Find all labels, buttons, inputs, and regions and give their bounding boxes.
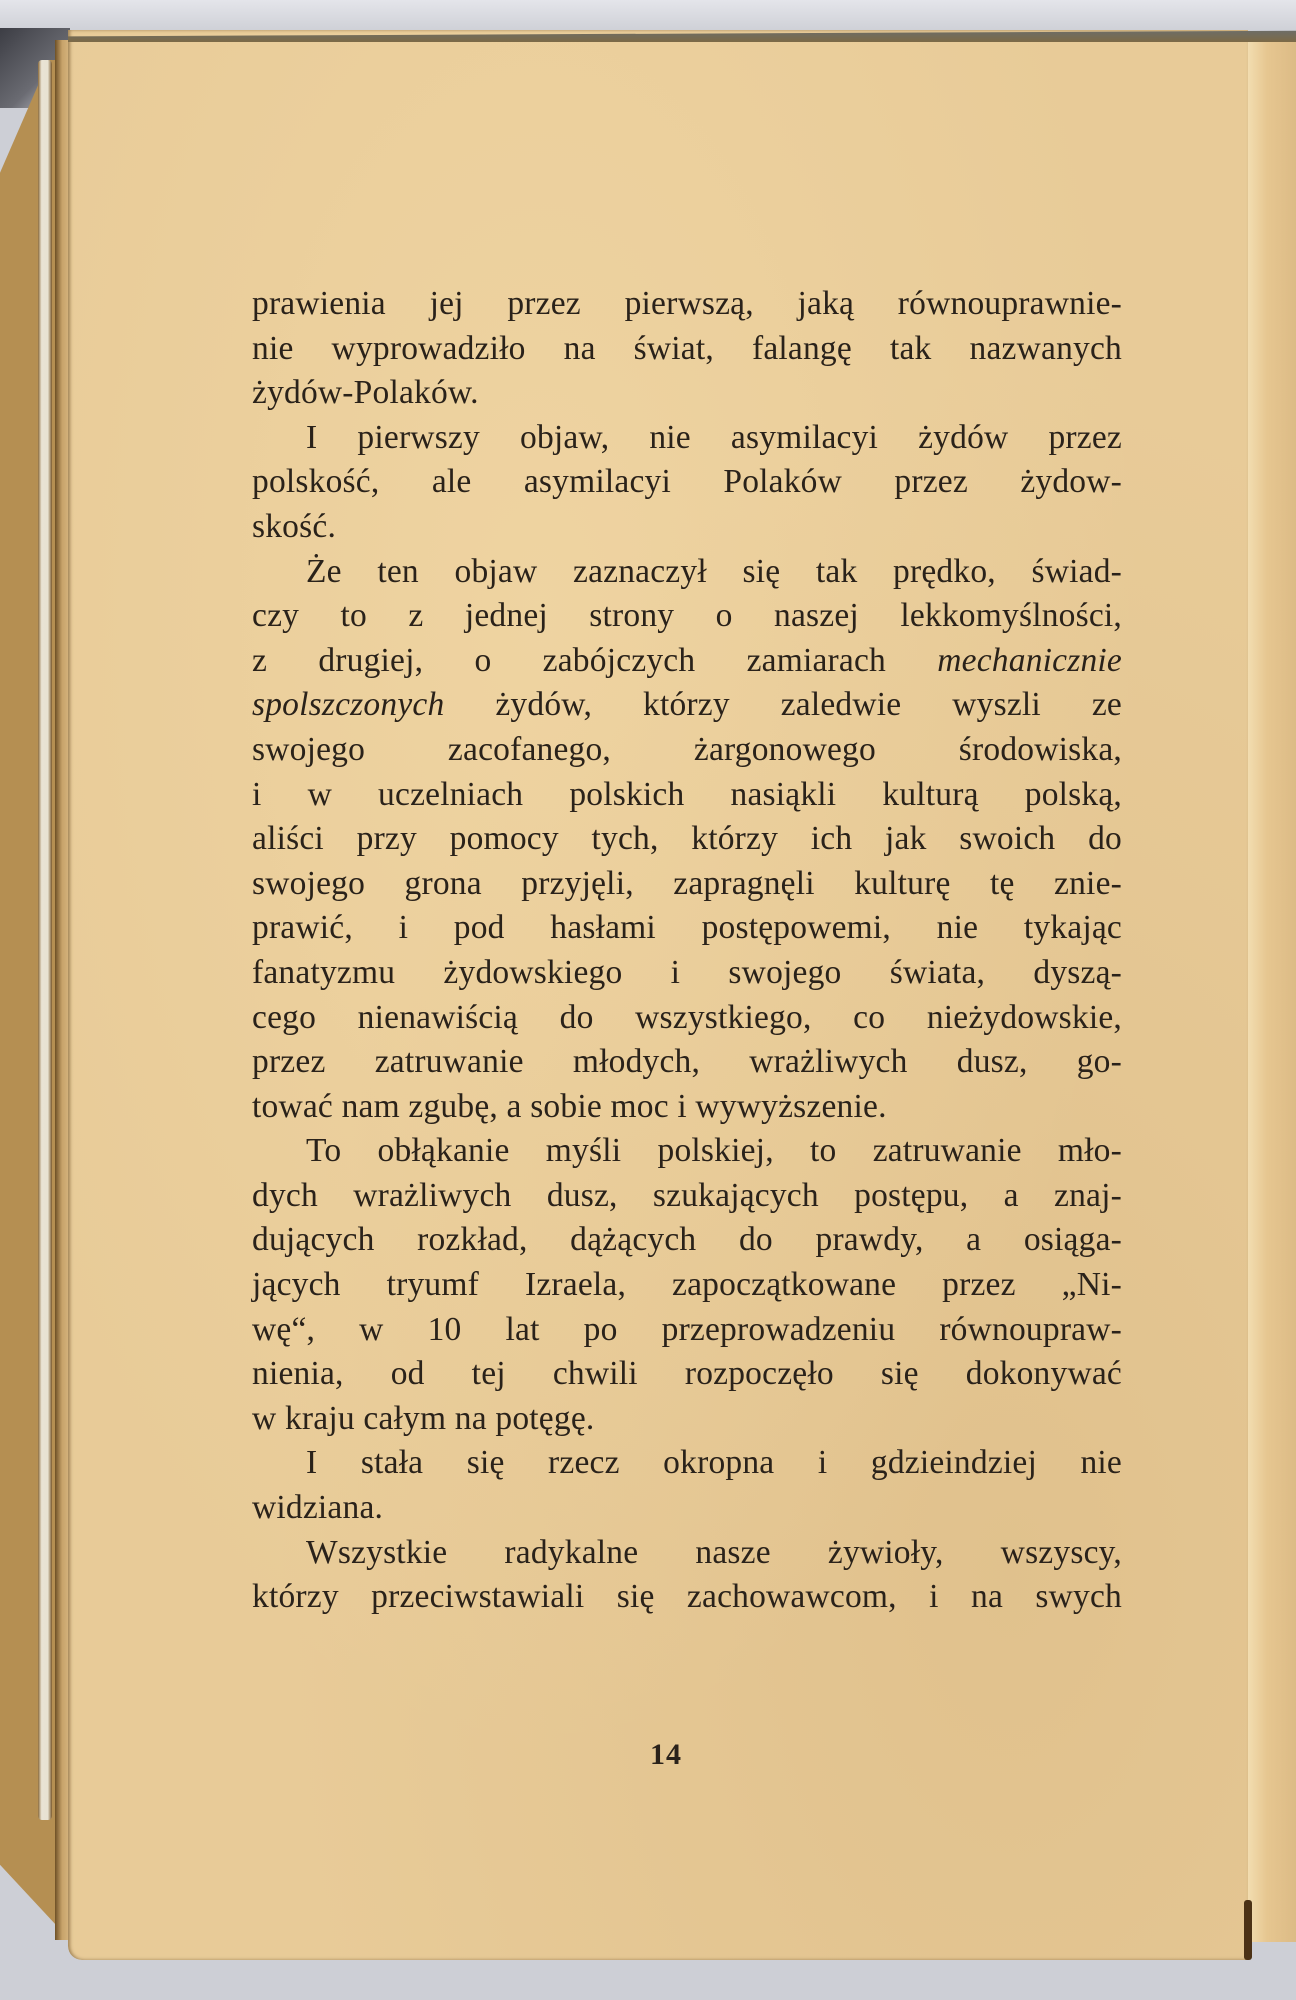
paragraph-start-line: Wszystkie radykalne nasze żywioły, wszys…	[252, 1531, 1122, 1576]
text-line: widziana.	[252, 1486, 1122, 1531]
text-line: dych wrażliwych dusz, szukających postęp…	[252, 1174, 1122, 1219]
page-number: 14	[650, 1738, 682, 1772]
text-line: swojego zacofanego, żargonowego środowis…	[252, 728, 1122, 773]
text-line: nienia, od tej chwili rozpoczęło się dok…	[252, 1352, 1122, 1397]
text-line: którzy przeciwstawiali się zachowawcom, …	[252, 1575, 1122, 1620]
text-line: prawienia jej przez pierwszą, jaką równo…	[252, 282, 1122, 327]
text-line: swojego grona przyjęli, zapragnęli kultu…	[252, 862, 1122, 907]
text-line: prawić, i pod hasłami postępowemi, nie t…	[252, 906, 1122, 951]
text-line: tować nam zgubę, a sobie moc i wywyższen…	[252, 1085, 1122, 1130]
paragraph-start-line: To obłąkanie myśli polskiej, to zatruwan…	[252, 1129, 1122, 1174]
page-body-text: prawienia jej przez pierwszą, jaką równo…	[252, 282, 1122, 1620]
page-tear	[1244, 1900, 1252, 1960]
text-line: wę“, w 10 lat po przeprowadzeniu równoup…	[252, 1308, 1122, 1353]
text-line: i w uczelniach polskich nasiąkli kulturą…	[252, 773, 1122, 818]
text-line: spolszczonych żydów, którzy zaledwie wys…	[252, 683, 1122, 728]
text-line: fanatyzmu żydowskiego i swojego świata, …	[252, 951, 1122, 996]
text-span: żydów, którzy zaledwie wyszli ze	[444, 686, 1122, 723]
text-line: jących tryumf Izraela, zapoczątkowane pr…	[252, 1263, 1122, 1308]
text-line: skość.	[252, 505, 1122, 550]
text-line: żydów-Polaków.	[252, 371, 1122, 416]
book-binding-strip	[38, 60, 52, 1820]
text-line: z drugiej, o zabójczych zamiarach mechan…	[252, 639, 1122, 684]
text-span: z drugiej, o zabójczych zamiarach	[252, 642, 937, 679]
text-line: w kraju całym na potęgę.	[252, 1397, 1122, 1442]
italic-emphasis: spolszczonych	[252, 686, 444, 723]
text-line: nie wyprowadziło na świat, falangę tak n…	[252, 327, 1122, 372]
text-line: cego nienawiścią do wszystkiego, co nież…	[252, 996, 1122, 1041]
text-line: czy to z jednej strony o naszej lekkomyś…	[252, 594, 1122, 639]
text-line: dujących rozkład, dążących do prawdy, a …	[252, 1218, 1122, 1263]
paragraph-start-line: Że ten objaw zaznaczył się tak prędko, ś…	[252, 550, 1122, 595]
paragraph-start-line: I stała się rzecz okropna i gdzieindziej…	[252, 1441, 1122, 1486]
next-page-edge	[1248, 42, 1296, 1942]
text-line: przez zatruwanie młodych, wrażliwych dus…	[252, 1040, 1122, 1085]
paragraph-start-line: I pierwszy objaw, nie asymilacyi żydów p…	[252, 416, 1122, 461]
text-line: aliści przy pomocy tych, którzy ich jak …	[252, 817, 1122, 862]
italic-emphasis: mechanicznie	[937, 642, 1122, 679]
text-line: polskość, ale asymilacyi Polaków przez ż…	[252, 460, 1122, 505]
